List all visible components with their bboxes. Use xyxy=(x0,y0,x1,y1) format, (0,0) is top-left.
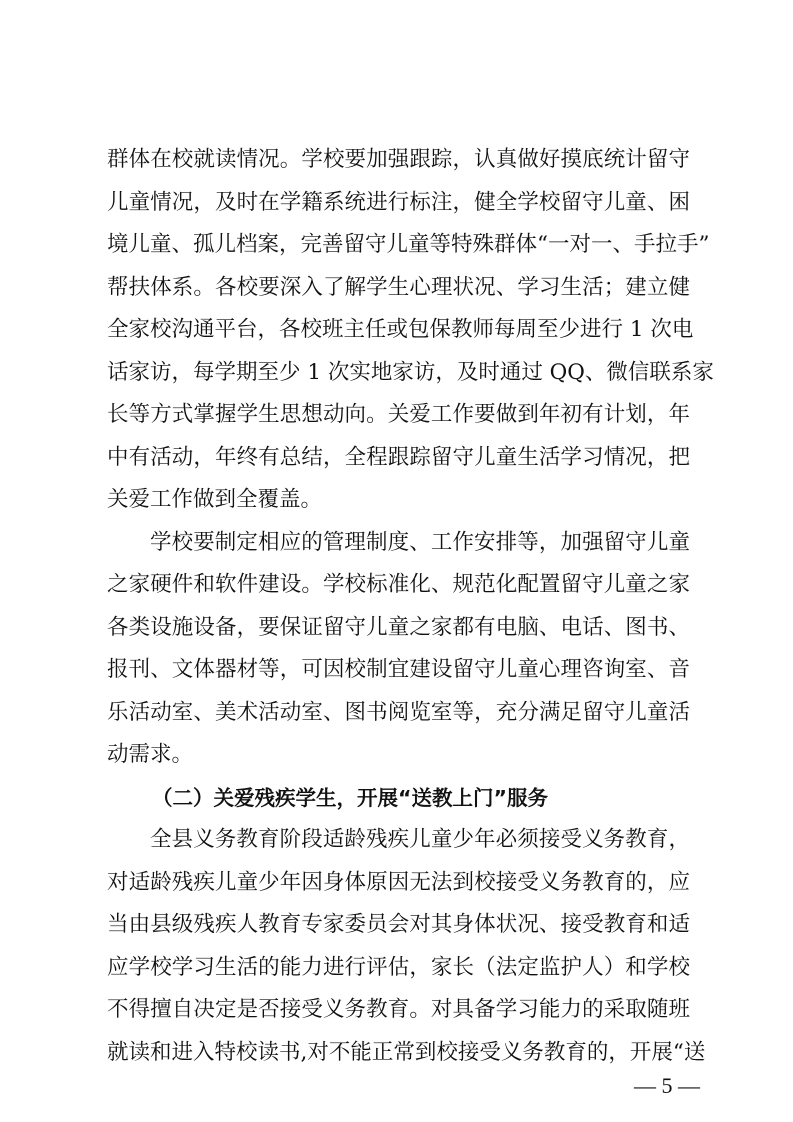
section-heading: （二）关爱残疾学生，开展“送教上门”服务 xyxy=(152,781,692,815)
paragraph-line: 话家访，每学期至少 1 次实地家访，及时通过 QQ、微信联系家 xyxy=(107,356,690,390)
paragraph-line: 境儿童、孤儿档案，完善留守儿童等特殊群体“一对一、手拉手” xyxy=(107,228,690,262)
paragraph-line: 报刊、文体器材等，可因校制宜建设留守儿童心理咨询室、音 xyxy=(107,653,690,687)
paragraph-line: 乐活动室、美术活动室、图书阅览室等，充分满足留守儿童活 xyxy=(107,696,690,730)
paragraph-line: 长等方式掌握学生思想动向。关爱工作要做到年初有计划，年 xyxy=(107,398,690,432)
paragraph-line: 当由县级残疾人教育专家委员会对其身体状况、接受教育和适 xyxy=(107,908,690,942)
paragraph-line: 对适龄残疾儿童少年因身体原因无法到校接受义务教育的，应 xyxy=(107,866,690,900)
paragraph-first-line: 全县义务教育阶段适龄残疾儿童少年必须接受义务教育， xyxy=(150,823,690,857)
paragraph-line: 中有活动，年终有总结，全程跟踪留守儿童生活学习情况，把 xyxy=(107,441,690,475)
paragraph-first-line: 学校要制定相应的管理制度、工作安排等，加强留守儿童 xyxy=(150,526,690,560)
paragraph-line: 儿童情况，及时在学籍系统进行标注，健全学校留守儿童、困 xyxy=(107,186,690,220)
paragraph-line: 全家校沟通平台，各校班主任或包保教师每周至少进行 1 次电 xyxy=(107,313,690,347)
paragraph-line: 各类设施设备，要保证留守儿童之家都有电脑、电话、图书、 xyxy=(107,611,690,645)
paragraph-line: 应学校学习生活的能力进行评估，家长（法定监护人）和学校 xyxy=(107,951,690,985)
paragraph-line: 之家硬件和软件建设。学校标准化、规范化配置留守儿童之家 xyxy=(107,568,690,602)
paragraph-line: 帮扶体系。各校要深入了解学生心理状况、学习生活；建立健 xyxy=(107,271,690,305)
paragraph-line: 不得擅自决定是否接受义务教育。对具备学习能力的采取随班 xyxy=(107,993,690,1027)
document-page: 群体在校就读情况。学校要加强跟踪，认真做好摸底统计留守 儿童情况，及时在学籍系统… xyxy=(0,0,793,1122)
paragraph-line: 关爱工作做到全覆盖。 xyxy=(107,483,690,517)
page-number: — 5 — xyxy=(630,1073,700,1099)
paragraph-line: 就读和进入特校读书,对不能正常到校接受义务教育的，开展“送 xyxy=(107,1036,690,1070)
paragraph-line: 群体在校就读情况。学校要加强跟踪，认真做好摸底统计留守 xyxy=(107,143,690,177)
paragraph-line: 动需求。 xyxy=(107,738,690,772)
